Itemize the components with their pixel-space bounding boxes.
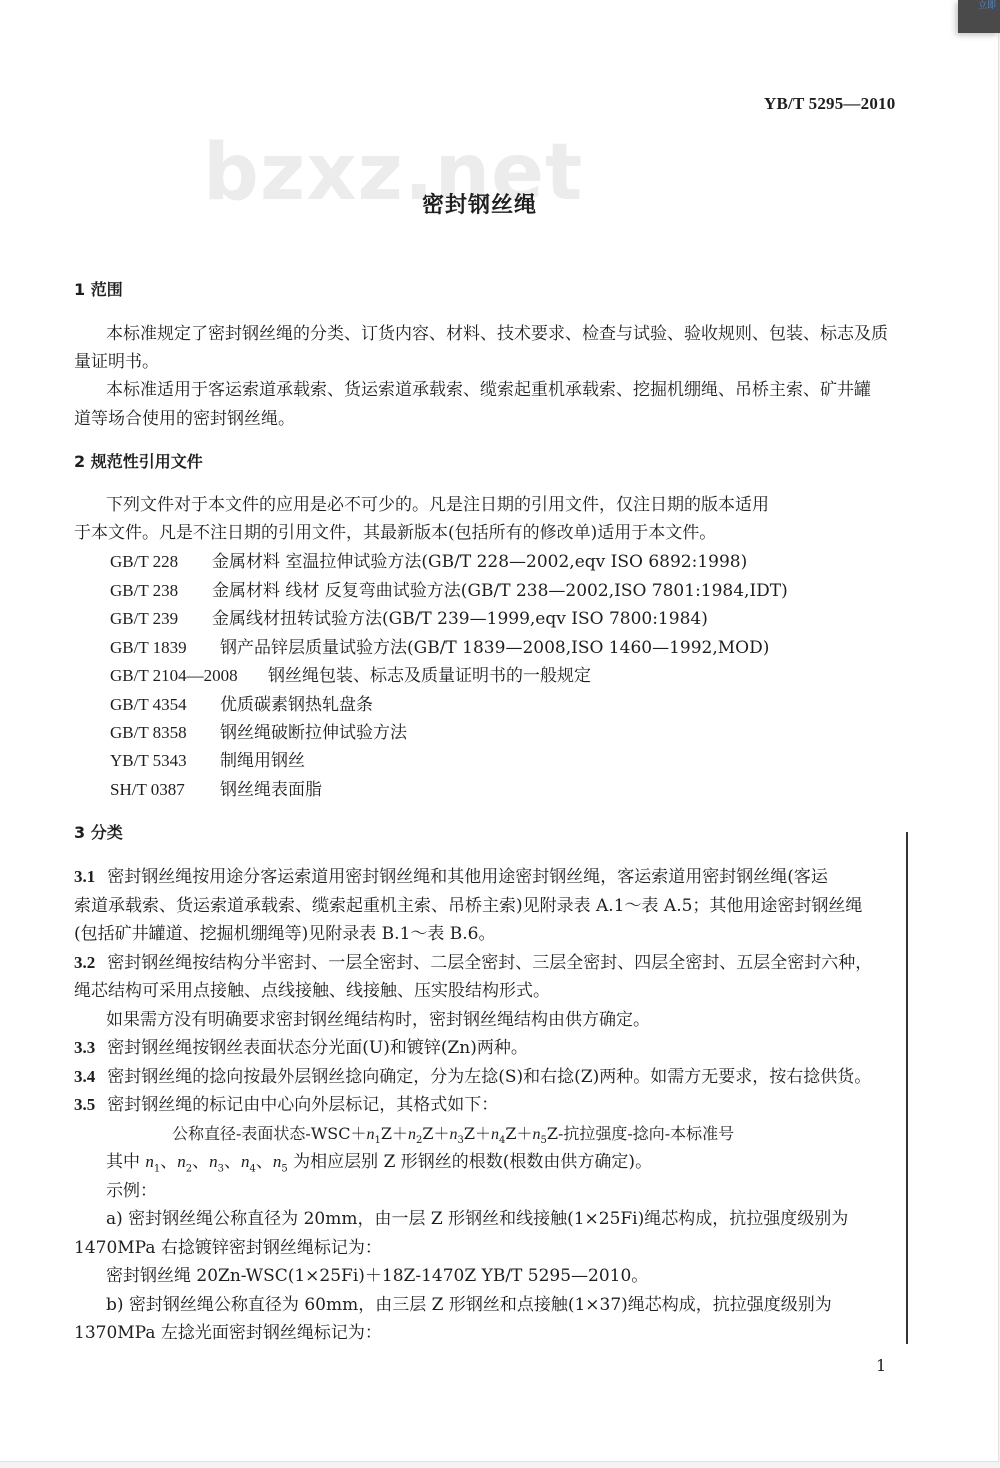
download-badge[interactable]: 立即 [958, 0, 1000, 33]
reference-code: GB/T 4354 [110, 694, 220, 716]
s1-para1-line1: 本标准规定了密封钢丝绳的分类、订货内容、材料、技术要求、检查与试验、验收规则、包… [106, 323, 888, 345]
download-badge-label: 立即 [978, 0, 996, 11]
clause-text: 密封钢丝绳按结构分半密封、一层全密封、二层全密封、三层全密封、四层全密封、五层全… [107, 953, 872, 973]
clause-text: 密封钢丝绳的标记由中心向外层标记，其格式如下： [107, 1095, 498, 1115]
example-a-mark: 密封钢丝绳 20Zn-WSC(1×25Fi)＋18Z-1470Z YB/T 52… [106, 1265, 648, 1287]
clause-3-1-line1: 3.1密封钢丝绳按用途分客运索道用密封钢丝绳和其他用途密封钢丝绳，客运索道用密封… [74, 866, 828, 888]
s1-para2-line1: 本标准适用于客运索道承载索、货运索道承载索、缆索起重机承载索、挖掘机绷绳、吊桥主… [106, 379, 871, 401]
reference-code: GB/T 228 [110, 551, 212, 573]
s1-para1-line2: 量证明书。 [74, 351, 159, 373]
clause-number: 3.3 [74, 1038, 95, 1057]
document-title: 密封钢丝绳 [422, 188, 537, 219]
clause-number: 3.2 [74, 953, 95, 972]
section-1-heading: 1 范围 [74, 279, 123, 301]
clause-3-2-line2: 绳芯结构可采用点接触、点线接触、线接触、压实股结构形式。 [74, 980, 550, 1002]
clause-text: 密封钢丝绳的捻向按最外层钢丝捻向确定，分为左捻(S)和右捻(Z)两种。如需方无要… [107, 1067, 871, 1087]
reference-item: GB/T 4354优质碳素钢热轧盘条 [110, 694, 373, 716]
clause-3-2-line3: 如果需方没有明确要求密封钢丝绳结构时，密封钢丝绳结构由供方确定。 [106, 1009, 650, 1031]
clause-number: 3.4 [74, 1067, 95, 1086]
s2-intro-line1: 下列文件对于本文件的应用是必不可少的。凡是注日期的引用文件，仅注日期的版本适用 [106, 494, 769, 516]
reference-title: 制绳用钢丝 [220, 751, 305, 771]
clause-text: 密封钢丝绳按用途分客运索道用密封钢丝绳和其他用途密封钢丝绳，客运索道用密封钢丝绳… [107, 867, 828, 887]
s2-intro-line2: 于本文件。凡是不注日期的引用文件，其最新版本(包括所有的修改单)适用于本文件。 [74, 522, 716, 544]
reference-item: GB/T 8358钢丝绳破断拉伸试验方法 [110, 722, 407, 744]
reference-code: GB/T 238 [110, 580, 212, 602]
reference-title: 金属线材扭转试验方法(GB/T 239—1999,eqv ISO 7800:19… [212, 609, 708, 629]
where-prefix: 其中 [106, 1152, 145, 1172]
section-2-heading: 2 规范性引用文件 [74, 451, 203, 473]
clause-3-1-line2: 索道承载索、货运索道承载索、缆索起重机主索、吊桥主索)见附录表 A.1～表 A.… [74, 895, 862, 917]
reference-item: GB/T 228金属材料 室温拉伸试验方法(GB/T 228—2002,eqv … [110, 551, 747, 573]
marking-format: 公称直径-表面状态-WSC＋n1Z＋n2Z＋n3Z＋n4Z＋n5Z-抗拉强度-捻… [172, 1123, 734, 1152]
revision-margin-bar [906, 832, 908, 1344]
clause-3-3: 3.3密封钢丝绳按钢丝表面状态分光面(U)和镀锌(Zn)两种。 [74, 1037, 528, 1059]
format-prefix: 公称直径-表面状态-WSC＋ [172, 1124, 366, 1143]
reference-title: 钢丝绳表面脂 [220, 780, 322, 800]
reference-item: SH/T 0387钢丝绳表面脂 [110, 779, 322, 801]
reference-title: 优质碳素钢热轧盘条 [220, 695, 373, 715]
standard-number: YB/T 5295—2010 [764, 94, 895, 114]
clause-3-4: 3.4密封钢丝绳的捻向按最外层钢丝捻向确定，分为左捻(S)和右捻(Z)两种。如需… [74, 1066, 871, 1088]
reference-title: 钢丝绳包装、标志及质量证明书的一般规定 [268, 666, 591, 686]
reference-code: GB/T 239 [110, 608, 212, 630]
section-3-heading: 3 分类 [74, 822, 123, 844]
marking-where: 其中 n1、n2、n3、n4、n5 为相应层别 Z 形钢丝的根数(根数由供方确定… [106, 1151, 652, 1180]
reference-code: GB/T 2104—2008 [110, 665, 268, 687]
clause-3-2-line1: 3.2密封钢丝绳按结构分半密封、一层全密封、二层全密封、三层全密封、四层全密封、… [74, 952, 872, 974]
reference-code: GB/T 1839 [110, 637, 220, 659]
example-a-line1: a) 密封钢丝绳公称直径为 20mm，由一层 Z 形钢丝和线接触(1×25Fi)… [106, 1208, 848, 1230]
page-number: 1 [876, 1356, 886, 1375]
clause-number: 3.5 [74, 1095, 95, 1114]
clause-3-1-line3: (包括矿井罐道、挖掘机绷绳等)见附录表 B.1～表 B.6。 [74, 923, 496, 945]
reference-code: GB/T 8358 [110, 722, 220, 744]
reference-code: SH/T 0387 [110, 779, 220, 801]
clause-3-5: 3.5密封钢丝绳的标记由中心向外层标记，其格式如下： [74, 1094, 498, 1116]
reference-item: GB/T 239金属线材扭转试验方法(GB/T 239—1999,eqv ISO… [110, 608, 708, 630]
reference-item: GB/T 1839钢产品锌层质量试验方法(GB/T 1839—2008,ISO … [110, 637, 769, 659]
reference-item: GB/T 2104—2008钢丝绳包装、标志及质量证明书的一般规定 [110, 665, 591, 687]
reference-title: 金属材料 线材 反复弯曲试验方法(GB/T 238—2002,ISO 7801:… [212, 581, 788, 601]
clause-text: 密封钢丝绳按钢丝表面状态分光面(U)和镀锌(Zn)两种。 [107, 1038, 528, 1058]
reference-title: 钢丝绳破断拉伸试验方法 [220, 723, 407, 743]
reference-code: YB/T 5343 [110, 750, 220, 772]
format-suffix: Z-抗拉强度-捻向-本标准号 [547, 1124, 734, 1143]
s1-para2-line2: 道等场合使用的密封钢丝绳。 [74, 408, 295, 430]
reference-item: GB/T 238金属材料 线材 反复弯曲试验方法(GB/T 238—2002,I… [110, 580, 788, 602]
where-suffix: 为相应层别 Z 形钢丝的根数(根数由供方确定)。 [288, 1152, 652, 1172]
example-label: 示例： [106, 1180, 157, 1202]
clause-number: 3.1 [74, 867, 95, 886]
reference-title: 钢产品锌层质量试验方法(GB/T 1839—2008,ISO 1460—1992… [220, 638, 769, 658]
reference-item: YB/T 5343制绳用钢丝 [110, 750, 305, 772]
document-page: 立即 YB/T 5295—2010 bzxz.net 密封钢丝绳 1 范围 本标… [0, 0, 999, 1462]
reference-title: 金属材料 室温拉伸试验方法(GB/T 228—2002,eqv ISO 6892… [212, 552, 747, 572]
example-a-line2: 1470MPa 右捻镀锌密封钢丝绳标记为： [74, 1237, 382, 1259]
example-b-line1: b) 密封钢丝绳公称直径为 60mm，由三层 Z 形钢丝和点接触(1×37)绳芯… [106, 1294, 832, 1316]
example-b-line2: 1370MPa 左捻光面密封钢丝绳标记为： [74, 1322, 382, 1344]
